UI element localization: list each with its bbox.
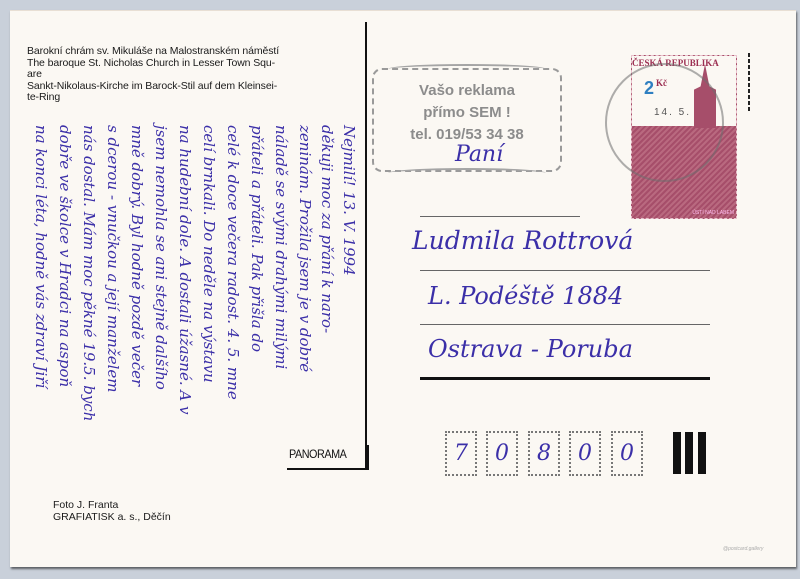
address-salutation: Paní	[455, 142, 503, 167]
postal-code-digit: 0	[569, 431, 601, 476]
scroll-ornament-icon	[388, 64, 546, 74]
postal-code-digit: 0	[486, 431, 518, 476]
postal-code-digit: 8	[528, 431, 560, 476]
printer-credit: GRAFIATISK a. s., Děčín	[53, 512, 171, 524]
message-line: Nejmilí! 13. V. 1994	[340, 125, 358, 276]
message-line: mně dobrý. Byl hodně pozdě večer	[128, 125, 146, 386]
caption-line: are	[27, 69, 357, 81]
address-line-rule	[420, 377, 710, 380]
message-line: přáteli a přáteli. Pak přišla do	[248, 125, 266, 352]
postmark-date: 14. 5.	[654, 107, 691, 118]
barcode-bar	[698, 432, 706, 474]
barcode-bar	[673, 432, 681, 474]
credits: Foto J. Franta GRAFIATISK a. s., Děčín	[53, 500, 171, 523]
message-line: zeninám. Prožila jsem je v dobré	[296, 125, 314, 372]
scroll-ornament-icon	[388, 168, 546, 178]
postmark-circle	[605, 63, 724, 182]
message-line: s dcerou - vnučkou a její manželem	[104, 125, 122, 393]
ad-line: Vašo reklama	[374, 80, 560, 102]
photo-credit: Foto J. Franta	[53, 500, 171, 512]
address-name: Ludmila Rottrová	[412, 226, 633, 255]
postal-code-digit: 7	[445, 431, 477, 476]
message-line: na hudební dole. A dostali úžasné. A v	[176, 125, 194, 414]
message-line: na konci léta, hodně vás zdraví Jiří	[32, 125, 50, 388]
message-line: jsem nemohla se ani stejně dalšího	[152, 125, 170, 390]
ad-line: přímo SEM !	[374, 102, 560, 124]
caption: Barokní chrám sv. Mikuláše na Malostrans…	[27, 46, 357, 104]
watermark: @postcard.gallery	[723, 546, 763, 552]
stamp-town: ÚSTÍ NAD LABEM	[692, 210, 734, 216]
postal-code-digit: 0	[611, 431, 643, 476]
handwritten-message: Nejmilí! 13. V. 1994 děkuji moc za přání…	[26, 125, 366, 500]
address-line-rule	[420, 270, 710, 271]
caption-line: Barokní chrám sv. Mikuláše na Malostrans…	[27, 46, 357, 58]
center-divider	[365, 22, 367, 468]
message-line: nás dostal. Mám moc pěkné 19.5. bych	[80, 125, 98, 421]
barcode-bar	[685, 432, 693, 474]
address-line-rule	[420, 216, 580, 217]
caption-line: te-Ring	[27, 92, 357, 104]
message-line: náladě se svými drahými milými	[272, 125, 290, 369]
message-line: celé k doce večera radost. 4. 5. mne	[224, 125, 242, 400]
message-line: celí brnkali. Do neděle na výstavu	[200, 125, 218, 383]
message-line: dobře ve školce v Hradci na aspoň	[56, 125, 74, 387]
edge-mark	[748, 53, 750, 111]
publisher-logo: PANORAMA	[289, 447, 346, 461]
address-street: L. Podéště 1884	[428, 282, 623, 310]
caption-line: Sankt-Nikolaus-Kirche im Barock-Stil auf…	[27, 81, 357, 93]
caption-line: The baroque St. Nicholas Church in Lesse…	[27, 58, 357, 70]
address-line-rule	[420, 324, 710, 325]
address-city: Ostrava - Poruba	[428, 335, 633, 363]
message-line: děkuji moc za přání k naro-	[318, 125, 336, 333]
